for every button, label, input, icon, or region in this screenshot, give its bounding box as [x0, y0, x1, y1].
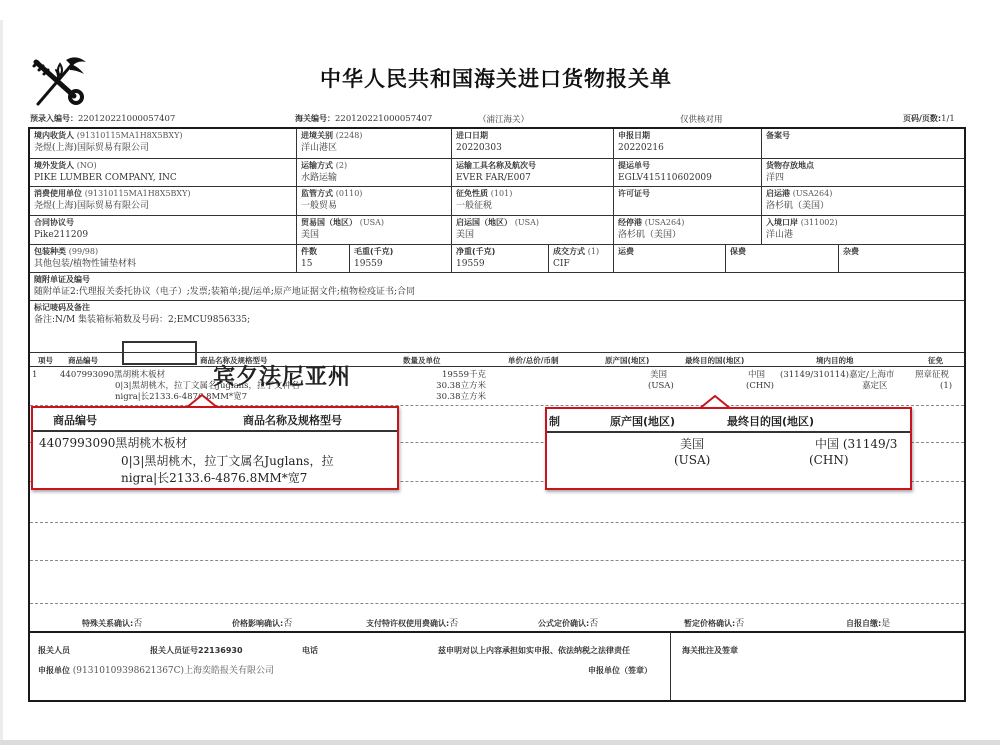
- import-date-cell: 进口日期 20220303: [452, 129, 614, 159]
- tax-nature-cell: 征免性质 (101) 一般征税: [452, 187, 614, 216]
- package-type-cell: 包装种类 (99/98) 其他包装/植物性铺垫材料: [30, 245, 297, 273]
- page-number: 页码/页数:1/1: [903, 113, 955, 124]
- vessel-cell: 运输工具名称及航次号 EVER FAR/E007: [452, 159, 614, 187]
- document-title: 中华人民共和国海关进口货物报关单: [320, 63, 672, 93]
- provisional-price-confirm: 暂定价格确认:否: [684, 616, 744, 629]
- broker-label: 报关人员: [38, 645, 70, 657]
- declarer-unit: 申报单位 (91310109398621367C)上海奕皓报关有限公司: [38, 665, 274, 677]
- declare-date-cell: 申报日期 20220216: [614, 129, 762, 159]
- declaration-statement: 兹申明对以上内容承担如实申报、依法纳税之法律责任: [438, 645, 630, 657]
- overlay-label: 宾夕法尼亚州: [213, 360, 351, 391]
- origin-country-cell: 启运国（地区） (USA) 美国: [452, 216, 614, 245]
- col-header-price: 单价/总价/币制: [508, 355, 558, 366]
- gross-weight-cell: 毛重(千克) 19559: [350, 245, 452, 273]
- consumer-cell: 消费使用单位 (91310115MA1H8X5BXY) 尧煜(上海)国际贸易有限…: [30, 187, 297, 216]
- misc-fee-cell: 杂费: [839, 245, 964, 273]
- col-header-quantity: 数量及单位: [403, 355, 441, 366]
- self-declare-confirm: 自报自缴:是: [846, 616, 890, 629]
- transit-port-cell: 经停港 (USA264) 洛杉矶（美国）: [614, 216, 762, 245]
- bill-no-cell: 提运单号 EGLV415110602009: [614, 159, 762, 187]
- special-relation-confirm: 特殊关系确认:否: [82, 616, 142, 629]
- customs-stamp: 海关批注及签章: [682, 645, 738, 657]
- consignee-cell: 境内收货人 (91310115MA1H8X5BXY) 尧煜(上海)国际贸易有限公…: [30, 129, 297, 159]
- attached-docs-cell: 随附单证及编号 随附单证2:代理报关委托协议（电子）;发票;装箱单;提/运单;原…: [30, 273, 964, 301]
- broker-id: 报关人员证号22136930: [150, 645, 243, 657]
- net-weight-cell: 净重(千克) 19559: [452, 245, 549, 273]
- page-edge: [0, 20, 3, 740]
- supervision-cell: 监管方式 (0110) 一般贸易: [297, 187, 452, 216]
- entry-port-cell: 入境口岸 (311002) 洋山港: [762, 216, 964, 245]
- col-header-tax: 征免: [928, 355, 943, 366]
- consignor-cell: 境外发货人 (NO) PIKE LUMBER COMPANY, INC: [30, 159, 297, 187]
- freight-cell: 运费: [614, 245, 726, 273]
- highlight-box: [122, 341, 197, 365]
- customs-emblem-icon: [30, 52, 90, 107]
- page-shadow: [0, 740, 1000, 745]
- phone-label: 电话: [302, 645, 318, 657]
- col-header-origin: 原产国(地区): [605, 355, 649, 366]
- col-header-hs-code: 商品编号: [68, 355, 98, 366]
- price-impact-confirm: 价格影响确认:否: [232, 616, 292, 629]
- transport-mode-cell: 运输方式 (2) 水路运输: [297, 159, 452, 187]
- license-cell: 许可证号: [614, 187, 762, 216]
- declarer-stamp: 申报单位（签章）: [588, 665, 652, 677]
- pieces-cell: 件数 15: [297, 245, 350, 273]
- storage-cell: 货物存放地点 洋四: [762, 159, 964, 187]
- insurance-cell: 保费: [726, 245, 839, 273]
- col-header-no: 项号: [38, 355, 53, 366]
- customs-number: 海关编号：220120221000057407: [295, 113, 432, 124]
- verify-note: 仅供核对用: [680, 113, 723, 125]
- record-no-cell: 备案号: [762, 129, 964, 159]
- royalty-confirm: 支付特许权使用费确认:否: [366, 616, 458, 629]
- customs-office: （浦江海关）: [478, 113, 529, 125]
- contract-cell: 合同协议号 Pike211209: [30, 216, 297, 245]
- trade-country-cell: 贸易国（地区） (USA) 美国: [297, 216, 452, 245]
- col-header-destination: 最终目的国(地区): [685, 355, 744, 366]
- col-header-domestic-dest: 境内目的地: [816, 355, 854, 366]
- formula-price-confirm: 公式定价确认:否: [538, 616, 598, 629]
- entry-customs-cell: 进境关别 (2248) 洋山港区: [297, 129, 452, 159]
- departure-port-cell: 启运港 (USA264) 洛杉矶（美国）: [762, 187, 964, 216]
- transaction-mode-cell: 成交方式 (1) CIF: [549, 245, 614, 273]
- callout-origin-destination: 制 原产国(地区) 最终目的国(地区) 美国 (USA) 中国 (31149/3…: [545, 407, 912, 490]
- pre-entry-number: 预录入编号：220120221000057407: [30, 113, 175, 124]
- callout-product: 商品编号 商品名称及规格型号 4407993090黑胡桃木板材 0|3|黑胡桃木…: [31, 406, 399, 490]
